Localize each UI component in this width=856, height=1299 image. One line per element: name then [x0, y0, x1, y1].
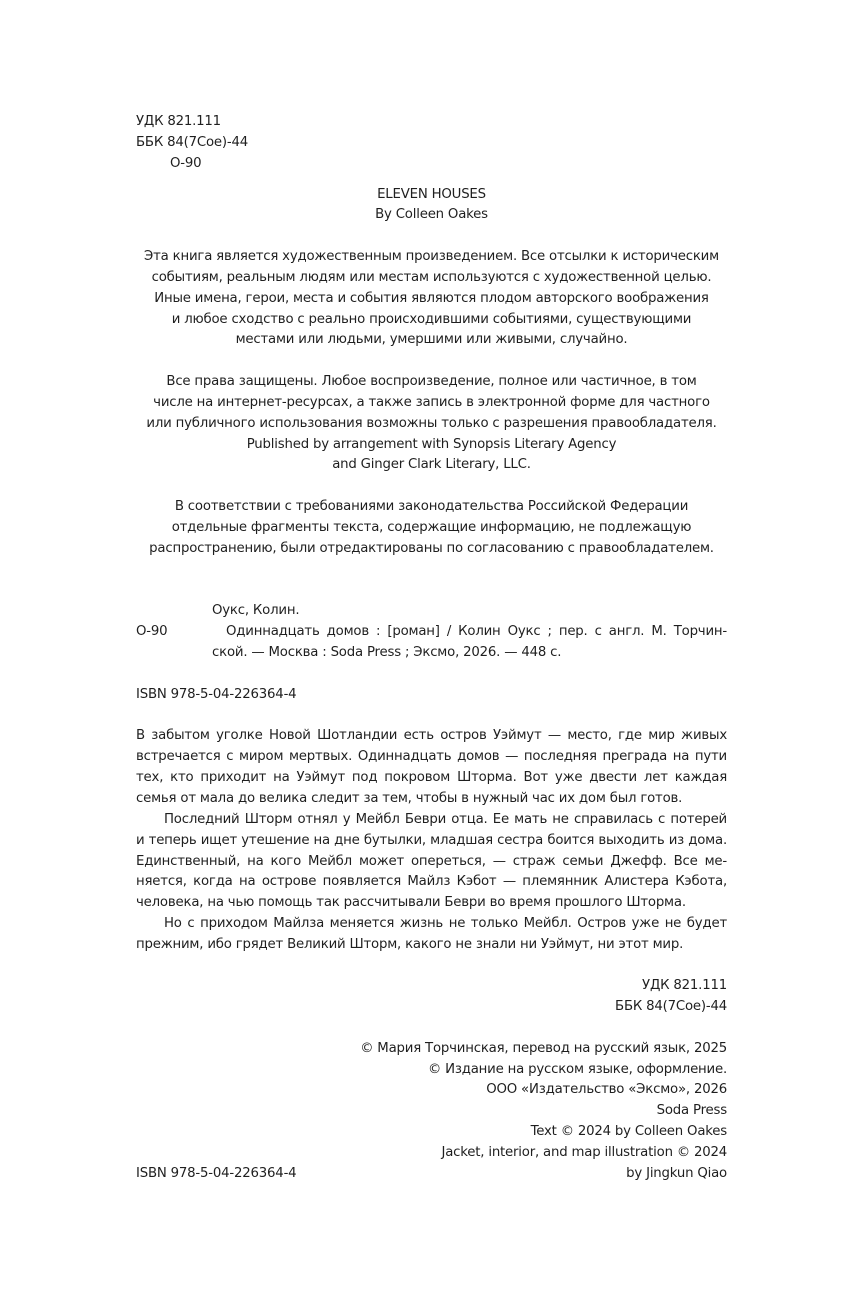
- annotation-line: Последний Шторм отнял у Мейбл Беври отца…: [136, 810, 727, 830]
- catalog-mark: О-90: [136, 622, 167, 642]
- original-author: By Colleen Oakes: [136, 205, 727, 225]
- annotation-line: няется, когда на острове появляется Майл…: [136, 872, 727, 892]
- disclaimer-line: местами или людьми, умершими или живыми,…: [136, 330, 727, 350]
- disclaimer-line: событиям, реальным людям или местам испо…: [136, 268, 727, 288]
- copyright-line: Text © 2024 by Colleen Oakes: [136, 1122, 727, 1142]
- disclaimer-line: Эта книга является художественным произв…: [136, 247, 727, 267]
- copyright-line: © Мария Торчинская, перевод на русский я…: [136, 1039, 727, 1059]
- copyright-line: Soda Press: [136, 1101, 727, 1121]
- catalog-line: ской. — Москва : Soda Press ; Эксмо, 202…: [212, 643, 561, 663]
- annotation-line: тех, кто приходит на Уэймут под покровом…: [136, 768, 727, 788]
- footer-bbk-code: ББК 84(7Сое)-44: [136, 997, 727, 1017]
- annotation-line: прежним, ибо грядет Великий Шторм, каког…: [136, 935, 727, 955]
- legal-line: В соответствии с требованиями законодате…: [136, 497, 727, 517]
- rights-line: and Ginger Clark Literary, LLC.: [136, 455, 727, 475]
- footer-udk-code: УДК 821.111: [136, 976, 727, 996]
- annotation-line: и теперь ищет утешение на дне бутылки, м…: [136, 831, 727, 851]
- original-title: ELEVEN HOUSES: [136, 185, 727, 205]
- bbk-code: ББК 84(7Сое)-44: [136, 133, 727, 153]
- annotation-line: В забытом уголке Новой Шотландии есть ос…: [136, 726, 727, 746]
- rights-line: или публичного использования возможны то…: [136, 414, 727, 434]
- annotation-line: Но с приходом Майлза меняется жизнь не т…: [136, 914, 727, 934]
- catalog-isbn: ISBN 978-5-04-226364-4: [136, 685, 727, 705]
- rights-line: Published by arrangement with Synopsis L…: [136, 435, 727, 455]
- annotation-line: Единственный, на кого Мейбл может оперет…: [136, 852, 727, 872]
- annotation-line: встречается с миром мертвых. Одиннадцать…: [136, 747, 727, 767]
- legal-line: распространению, были отредактированы по…: [136, 539, 727, 559]
- legal-line: отдельные фрагменты текста, содержащие и…: [136, 518, 727, 538]
- copyright-isbn: ISBN 978-5-04-226364-4: [136, 1164, 296, 1184]
- disclaimer-line: и любое сходство с реально происходившим…: [136, 310, 727, 330]
- copyright-line: Jacket, interior, and map illustration ©…: [136, 1143, 727, 1163]
- author-mark: О-90: [136, 154, 727, 174]
- rights-line: Все права защищены. Любое воспроизведени…: [136, 372, 727, 392]
- copyright-line: © Издание на русском языке, оформление.: [136, 1060, 727, 1080]
- rights-line: числе на интернет-ресурсах, а также запи…: [136, 393, 727, 413]
- catalog-author-heading: Оукс, Колин.: [212, 601, 299, 621]
- annotation-line: человека, на чью помощь так рассчитывали…: [136, 893, 727, 913]
- disclaimer-line: Иные имена, герои, места и события являю…: [136, 289, 727, 309]
- annotation-line: семья от мала до велика следит за тем, ч…: [136, 789, 727, 809]
- udk-code: УДК 821.111: [136, 112, 727, 132]
- catalog-line: Одиннадцать домов : [роман] / Колин Оукс…: [212, 622, 727, 642]
- copyright-line: ООО «Издательство «Эксмо», 2026: [136, 1080, 727, 1100]
